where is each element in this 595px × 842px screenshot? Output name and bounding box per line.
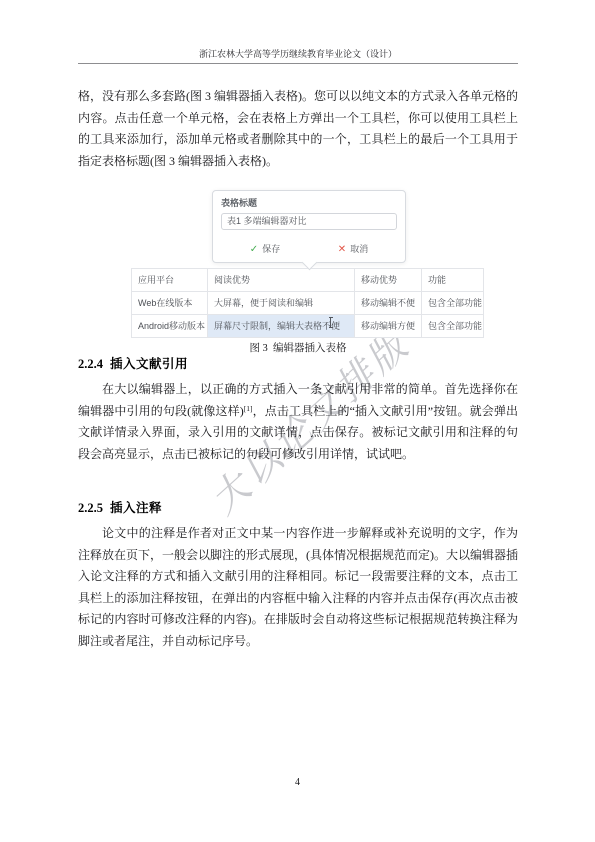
text-cursor-icon bbox=[330, 317, 331, 328]
table-cell: Android移动版本 bbox=[132, 315, 208, 338]
comparison-table: 应用平台 阅读优势 移动优势 功能 Web在线版本 大屏幕，便于阅读和编辑 移动… bbox=[131, 268, 484, 338]
cancel-button-label: 取消 bbox=[350, 239, 368, 261]
section-225-paragraph: 论文中的注释是作者对正文中某一内容作进一步解释或补充说明的文字，作为注释放在页下… bbox=[78, 523, 518, 652]
table-cell: 包含全部功能 bbox=[422, 292, 484, 315]
section-heading-224: 2.2.4插入文献引用 bbox=[78, 356, 518, 372]
check-icon: ✓ bbox=[250, 245, 258, 255]
table-row: Android移动版本 屏幕尺寸限制，编辑大表格不便 移动编辑方便 包含全部功能 bbox=[132, 315, 484, 338]
table-title-input: 表1 多端编辑器对比 bbox=[221, 213, 397, 230]
heading-title: 插入文献引用 bbox=[110, 357, 188, 371]
save-button-label: 保存 bbox=[262, 239, 280, 261]
page-content: 格，没有那么多套路(图 3 编辑器插入表格)。您可以以纯文本的方式录入各单元格的… bbox=[78, 86, 518, 652]
table-header-cell: 阅读优势 bbox=[208, 269, 355, 292]
table-header-row: 应用平台 阅读优势 移动优势 功能 bbox=[132, 269, 484, 292]
heading-number: 2.2.5 bbox=[78, 501, 103, 515]
save-button: ✓ 保存 bbox=[221, 239, 309, 261]
table-title-label: 表格标题 bbox=[221, 198, 397, 209]
figure-caption: 图 3 编辑器插入表格 bbox=[78, 342, 518, 356]
table-cell: 大屏幕，便于阅读和编辑 bbox=[208, 292, 355, 315]
heading-title: 插入注释 bbox=[110, 501, 162, 515]
document-page: 大以论文排版 浙江农林大学高等学历继续教育毕业论文（设计） 格，没有那么多套路(… bbox=[0, 0, 595, 842]
heading-number: 2.2.4 bbox=[78, 357, 103, 371]
table-header-cell: 应用平台 bbox=[132, 269, 208, 292]
section-224-paragraph: 在大以编辑器上，以正确的方式插入一条文献引用非常的简单。首先选择你在编辑器中引用… bbox=[78, 379, 518, 465]
cancel-button: ✕ 取消 bbox=[309, 239, 397, 261]
page-footer: 4 bbox=[0, 777, 595, 789]
table-cell: 移动编辑方便 bbox=[355, 315, 422, 338]
table-title-popup: 表格标题 表1 多端编辑器对比 ✓ 保存 ✕ 取消 bbox=[212, 190, 406, 263]
table-cell: 移动编辑不便 bbox=[355, 292, 422, 315]
table-cell: 包含全部功能 bbox=[422, 315, 484, 338]
header-title: 浙江农林大学高等学历继续教育毕业论文（设计） bbox=[199, 49, 397, 59]
section-heading-225: 2.2.5插入注释 bbox=[78, 500, 518, 516]
table-cell: Web在线版本 bbox=[132, 292, 208, 315]
table-row: Web在线版本 大屏幕，便于阅读和编辑 移动编辑不便 包含全部功能 bbox=[132, 292, 484, 315]
table-header-cell: 功能 bbox=[422, 269, 484, 292]
page-header: 浙江农林大学高等学历继续教育毕业论文（设计） bbox=[78, 48, 518, 64]
table-header-cell: 移动优势 bbox=[355, 269, 422, 292]
figure-editor-table-screenshot: 表格标题 表1 多端编辑器对比 ✓ 保存 ✕ 取消 应用平台 bbox=[78, 186, 518, 342]
close-icon: ✕ bbox=[338, 245, 346, 255]
page-number: 4 bbox=[295, 777, 300, 788]
intro-paragraph: 格，没有那么多套路(图 3 编辑器插入表格)。您可以以纯文本的方式录入各单元格的… bbox=[78, 86, 518, 172]
